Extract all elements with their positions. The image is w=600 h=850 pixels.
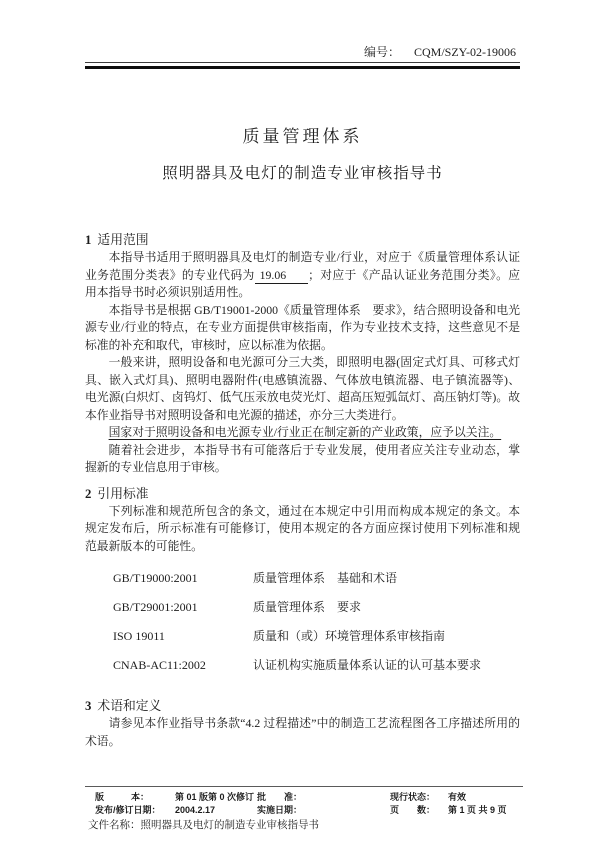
section-3-heading: 3术语和定义 (85, 697, 520, 715)
standard-name: 认证机构实施质量体系认证的认可基本要求 (253, 651, 520, 680)
page-count-value: 第 1 页 共 9 页 (448, 804, 523, 817)
standard-name: 质量和（或）环境管理体系审核指南 (253, 622, 520, 651)
version-value: 第 01 版第 0 次修订 (175, 791, 257, 804)
section-1-paragraph-scope: 本指导书适用于照明器具及电灯的制造专业/行业，对应于《质量管理体系认证业务范围分… (85, 249, 520, 302)
section-1-number: 1 (85, 233, 91, 247)
standard-code: CNAB-AC11:2002 (113, 651, 253, 680)
document-subtitle: 照明器具及电灯的制造专业审核指导书 (85, 164, 520, 183)
standard-row: ISO 19011 质量和（或）环境管理体系审核指南 (113, 622, 520, 651)
standard-code: GB/T29001:2001 (113, 593, 253, 622)
specialty-code-value: 19.06 (255, 268, 309, 284)
doc-number-label: 编号： (364, 45, 400, 59)
section-2-intro: 下列标准和规范所包含的条文，通过在本规定中引用而构成本规定的条文。本规定发布后，… (85, 503, 520, 556)
section-1-heading: 1适用范围 (85, 231, 520, 249)
section-3-number: 3 (85, 699, 91, 713)
document-page: 编号：CQM/SZY-02-19006 质量管理体系 照明器具及电灯的制造专业审… (0, 0, 600, 850)
section-1-title: 适用范围 (97, 233, 148, 247)
section-1-paragraph-basis: 本指导书是根据 GB/T19001-2000《质量管理体系 要求》，结合照明设备… (85, 302, 520, 355)
standard-row: GB/T19000:2001 质量管理体系 基础和术语 (113, 564, 520, 593)
section-3-title: 术语和定义 (97, 699, 161, 713)
standard-code: GB/T19000:2001 (113, 564, 253, 593)
document-header: 编号：CQM/SZY-02-19006 (85, 45, 520, 63)
effective-date-label: 实施日期： (257, 805, 302, 815)
status-label: 现行状态： (390, 791, 448, 804)
header-thick-rule (85, 66, 520, 69)
doc-number-value: CQM/SZY-02-19006 (414, 45, 516, 59)
standards-list: GB/T19000:2001 质量管理体系 基础和术语 GB/T29001:20… (85, 564, 520, 680)
section-1-paragraph-categories: 一般来讲，照明设备和电光源可分三大类，即照明电器(固定式灯具、可移式灯具、嵌入式… (85, 354, 520, 424)
footer-rule (85, 786, 523, 787)
effective-date-cell: 实施日期： (257, 804, 390, 817)
page-count-label: 页 数： (390, 804, 448, 817)
status-value: 有效 (448, 791, 523, 804)
document-footer: 版 本： 第 01 版第 0 次修订 批 准： 现行状态： 有效 发布/修订日期… (85, 786, 523, 833)
version-label: 版 本： (95, 791, 175, 804)
file-name-label: 文件名称： (88, 820, 141, 831)
file-name-value: 照明器具及电灯的制造专业审核指导书 (141, 820, 320, 831)
section-2-title: 引用标准 (97, 487, 148, 501)
standard-row: CNAB-AC11:2002 认证机构实施质量体系认证的认可基本要求 (113, 651, 520, 680)
approval-cell: 批 准： (257, 791, 390, 804)
issue-date-label: 发布/修订日期： (95, 804, 175, 817)
document-title: 质量管理体系 (85, 127, 520, 147)
section-1-paragraph-policy-note: 国家对于照明设备和电光源专业/行业正在制定新的产业政策，应予以关注。 (85, 424, 520, 442)
section-2-number: 2 (85, 487, 91, 501)
issue-date-value: 2004.2.17 (175, 804, 257, 817)
approval-label: 批 准： (257, 792, 302, 802)
standard-row: GB/T29001:2001 质量管理体系 要求 (113, 593, 520, 622)
standard-name: 质量管理体系 基础和术语 (253, 564, 520, 593)
standard-name: 质量管理体系 要求 (253, 593, 520, 622)
section-3-paragraph-terms: 请参见本作业指导书条款“4.2 过程描述”中的制造工艺流程图各工序描述所用的术语… (85, 715, 520, 750)
footer-file-row: 文件名称：照明器具及电灯的制造专业审核指导书 (85, 819, 523, 833)
section-1-paragraph-update-note: 随着社会进步，本指导书有可能落后于专业发展，使用者应关注专业动态，掌握新的专业信… (85, 442, 520, 477)
standard-code: ISO 19011 (113, 622, 253, 651)
section-2-heading: 2引用标准 (85, 485, 520, 503)
footer-meta-row-1: 版 本： 第 01 版第 0 次修订 批 准： 现行状态： 有效 (85, 791, 523, 804)
footer-meta-row-2: 发布/修订日期： 2004.2.17 实施日期： 页 数： 第 1 页 共 9 … (85, 804, 523, 817)
